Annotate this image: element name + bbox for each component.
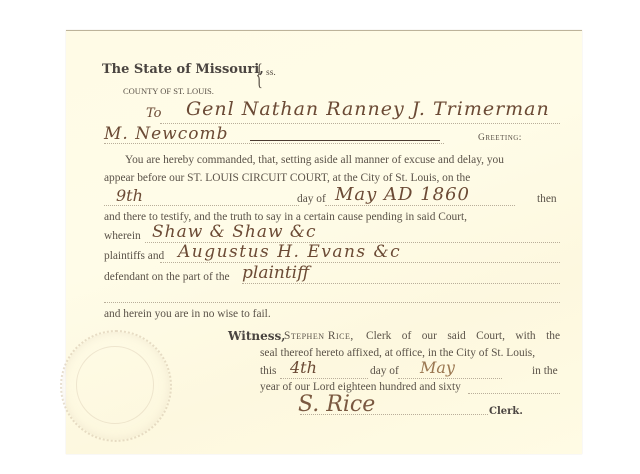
ss-label: ss. (266, 68, 276, 78)
witness-day: 4th (290, 358, 317, 377)
this-label: this (260, 365, 276, 377)
in-the-label: in the (532, 365, 558, 377)
clerk-name: Stephen Rice, (284, 330, 354, 342)
month-blank (325, 205, 515, 206)
witness-day-of-label: day of (370, 365, 399, 377)
defendant-blank (160, 262, 560, 263)
plaintiffs-and-label: plaintiffs and (104, 250, 164, 262)
closing-line: and herein you are in no wise to fail. (104, 308, 271, 320)
command-line-2: appear before our ST. LOUIS CIRCUIT COUR… (104, 172, 470, 184)
then-label: then (537, 193, 557, 205)
clerk-label: Clerk. (489, 406, 523, 417)
ss-brace: { (256, 58, 263, 92)
appearance-month-year: May AD 1860 (335, 184, 470, 205)
seal-inner-ring (76, 346, 154, 424)
witness-month-blank (398, 378, 502, 379)
defendant-parties: Augustus H. Evans &c (178, 242, 401, 262)
greeting-label: Greeting: (478, 133, 522, 143)
party-blank (242, 283, 560, 284)
year-blank (468, 393, 560, 394)
name-underline (250, 140, 440, 141)
day-of-label: day of (297, 193, 326, 205)
party-side: plaintiff (242, 263, 309, 283)
appearance-day: 9th (116, 186, 143, 205)
clerk-signature: S. Rice (298, 392, 375, 417)
embossed-court-seal (60, 330, 172, 442)
witness-day-blank (280, 378, 368, 379)
wherein-label: wherein (104, 230, 141, 242)
witness-line-1: Clerk of our said Court, with the (366, 330, 560, 342)
to-prefix: To (146, 106, 162, 121)
plaintiff-parties: Shaw & Shaw &c (152, 222, 317, 242)
defendant-label: defendant on the part of the (104, 271, 230, 283)
day-blank (104, 205, 299, 206)
witness-month: May (420, 358, 455, 377)
extra-blank-line (104, 302, 560, 303)
county-label: COUNTY OF ST. LOUIS. (123, 86, 214, 96)
command-line-1: You are hereby commanded, that, setting … (125, 154, 560, 166)
witness-label: Witness, (228, 329, 285, 343)
state-heading: The State of Missouri, (102, 62, 264, 77)
recipients-line-1: Genl Nathan Ranney J. Trimerman (186, 98, 550, 120)
recipients-line-2: M. Newcomb (104, 124, 228, 144)
